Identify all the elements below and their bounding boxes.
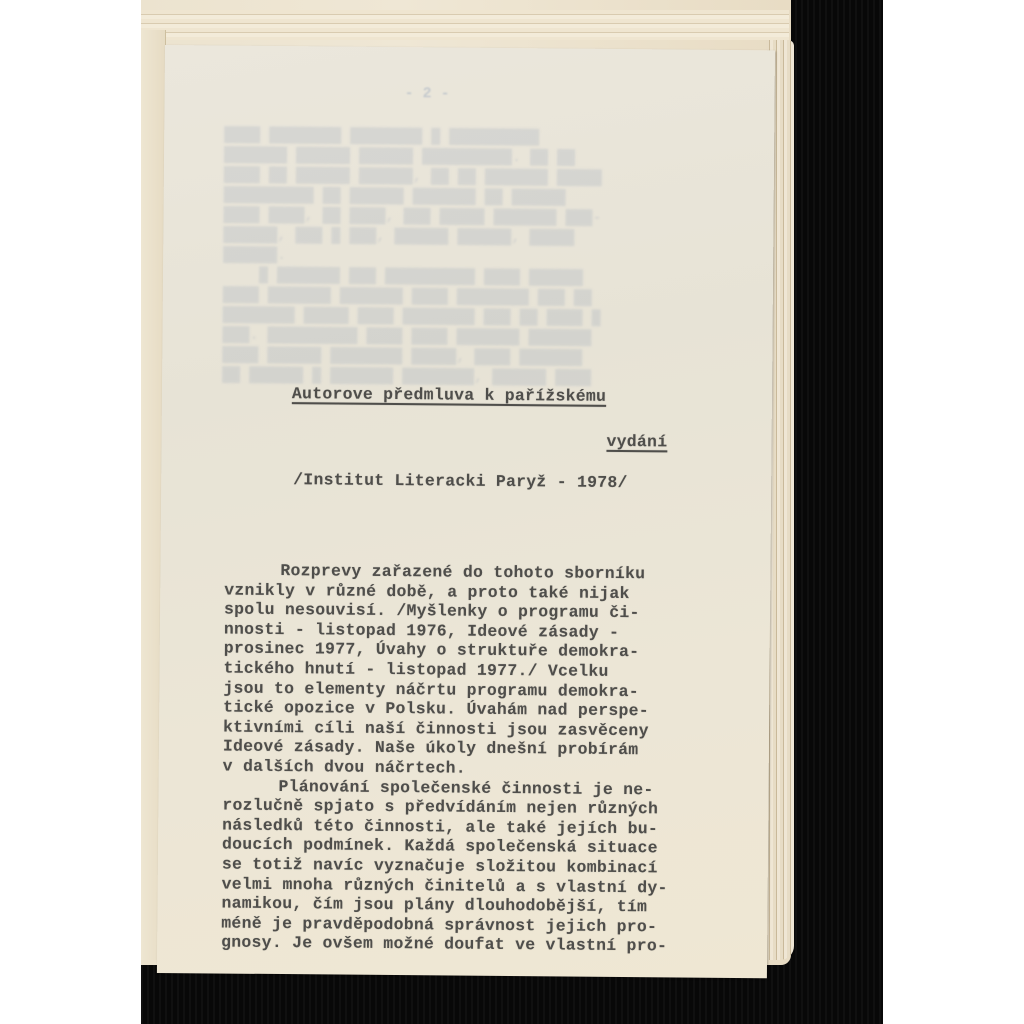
page-number: - 2 -	[405, 85, 450, 102]
title-line-1: Autorove předmluva k pařížskému	[292, 384, 606, 406]
typewritten-page: - 2 - ████ ████████ ████████ █ █████████…	[157, 45, 775, 978]
bleed-through-text: ████ ████████ ████████ █ ██████████ ████…	[222, 126, 694, 390]
body-line: gnosy. Je ovšem možné doufat ve vlastní …	[221, 933, 667, 956]
title-line-2: vydání	[606, 432, 667, 452]
body-text: Rozprevy zařazené do tohoto sborníkuvzni…	[221, 561, 670, 957]
page-stack-top-edge	[141, 10, 789, 40]
subtitle: /Institut Literacki Paryž - 1978/	[293, 470, 628, 492]
document-photo: - 2 - ████ ████████ ████████ █ █████████…	[141, 0, 883, 1024]
